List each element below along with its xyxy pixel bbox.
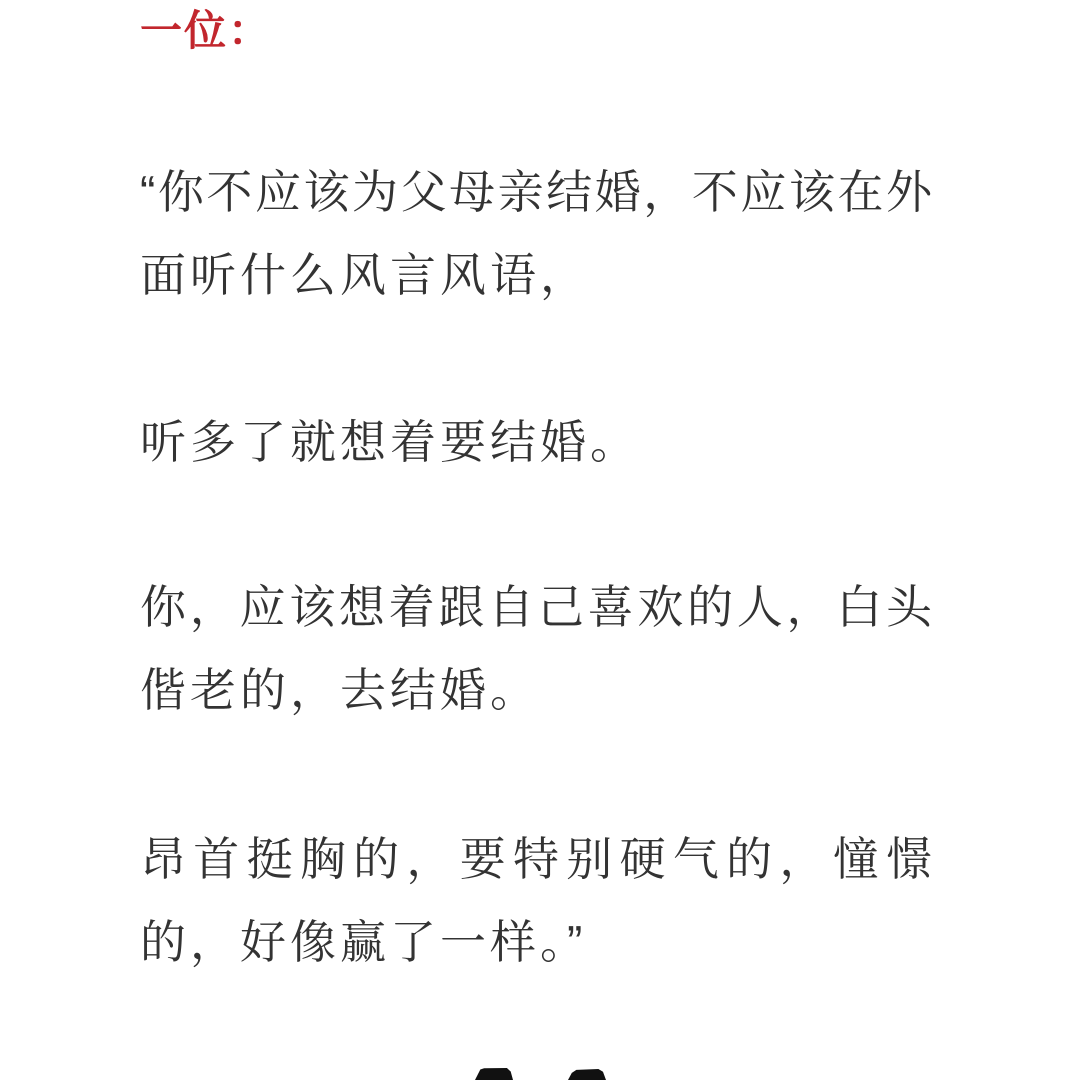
paragraph-line: 昂首挺胸的，要特别硬气的，憧憬 bbox=[140, 818, 932, 901]
cropped-shape-right bbox=[568, 1069, 606, 1080]
quote-paragraph-1: “你不应该为父母亲结婚，不应该在外 面听什么风言风语， bbox=[140, 151, 932, 317]
quote-paragraph-2: 听多了就想着要结婚。 bbox=[140, 401, 932, 484]
paragraph-line: 的，好像赢了一样。” bbox=[140, 901, 932, 984]
paragraph-line: 偕老的，去结婚。 bbox=[140, 649, 932, 732]
cropped-bottom-graphic bbox=[0, 1060, 1080, 1080]
article-page: 一位： “你不应该为父母亲结婚，不应该在外 面听什么风言风语， 听多了就想着要结… bbox=[0, 0, 1080, 1080]
paragraph-line: 听多了就想着要结婚。 bbox=[140, 401, 932, 484]
article-body: 一位： “你不应该为父母亲结婚，不应该在外 面听什么风言风语， 听多了就想着要结… bbox=[140, 7, 932, 984]
paragraph-line: “你不应该为父母亲结婚，不应该在外 bbox=[140, 151, 932, 234]
quote-paragraph-3: 你，应该想着跟自己喜欢的人，白头 偕老的，去结婚。 bbox=[140, 566, 932, 732]
paragraph-line: 面听什么风言风语， bbox=[140, 234, 932, 317]
section-heading: 一位： bbox=[140, 7, 932, 55]
paragraph-line: 你，应该想着跟自己喜欢的人，白头 bbox=[140, 566, 932, 649]
cropped-shape-left bbox=[475, 1068, 513, 1080]
quote-paragraph-4: 昂首挺胸的，要特别硬气的，憧憬 的，好像赢了一样。” bbox=[140, 818, 932, 984]
